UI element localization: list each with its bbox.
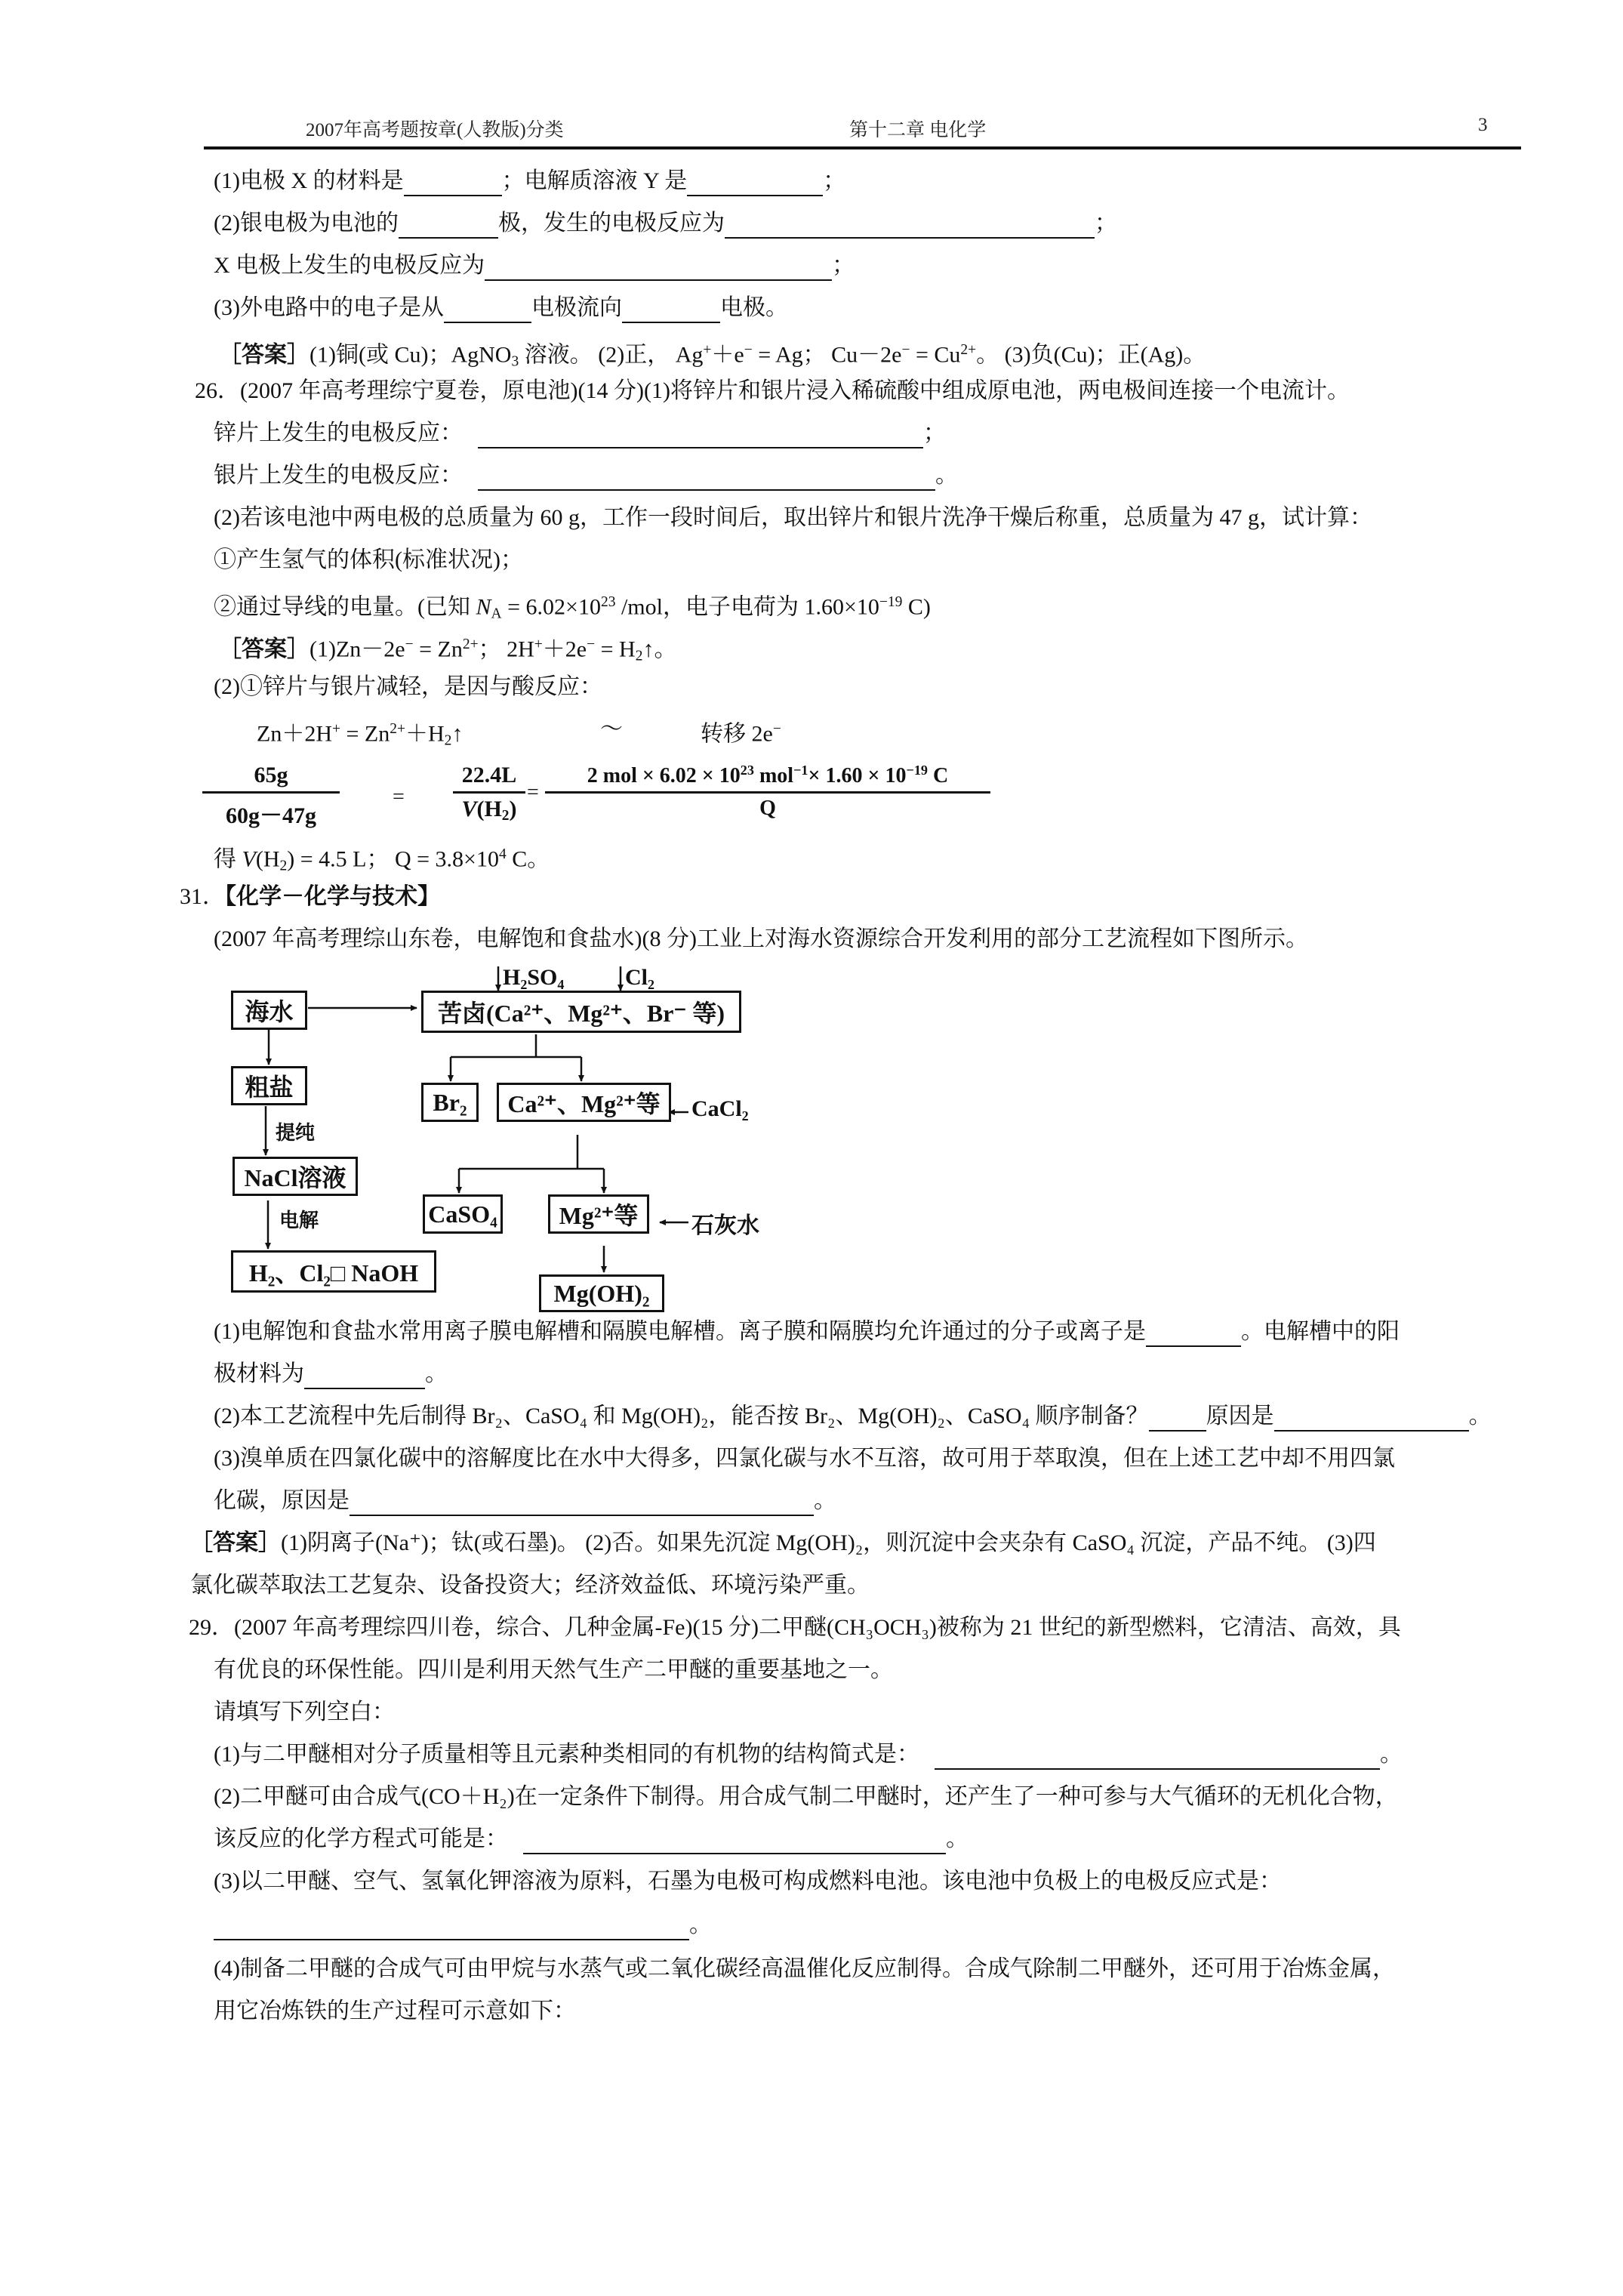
subscript: 2 (445, 733, 452, 749)
fraction-bar (545, 791, 990, 794)
node-ca-mg: Ca²⁺、Mg²⁺等 (497, 1083, 671, 1122)
header-left: 2007年高考题按章(人教版)分类 (306, 115, 564, 142)
subscript: 2 (636, 649, 643, 664)
q26-silver-line: 银片上发生的电极反应：。 (214, 461, 958, 491)
q31-part3-cont: 化碳，原因是。 (214, 1486, 836, 1516)
fraction-bar (453, 791, 525, 794)
numerator: 65g (202, 763, 340, 788)
q29-part1: (1)与二甲醚相对分子质量相等且元素种类相同的有机物的结构简式是：。 (214, 1740, 1403, 1770)
text: 。 (946, 1826, 969, 1851)
superscript: −19 (906, 763, 928, 778)
text: 。 (1380, 1742, 1403, 1767)
q31-part2: (2)本工艺流程中先后制得 Br₂、CaSO₄ 和 Mg(OH)₂，能否按 Br… (214, 1401, 1492, 1432)
node-bittern: 苦卤(Ca²⁺、Mg²⁺、Br⁻ 等) (421, 991, 741, 1033)
text: 溶液。 (2)正， Ag (519, 343, 703, 368)
denominator: 60g－47g (202, 797, 340, 830)
reagent-h2so4: H₂SO₄ (503, 965, 564, 991)
text: ↑ (451, 722, 463, 747)
superscript: −1 (793, 763, 808, 778)
numerator: 2 mol × 6.02 × 1023 mol−1× 1.60 × 10−19 … (545, 763, 990, 788)
text: ；电解质溶液 Y 是 (502, 168, 688, 193)
q31-part3: (3)溴单质在四氯化碳中的溶解度比在水中大得多，四氯化碳与水不互溶，故可用于萃取… (214, 1444, 1395, 1474)
text: ； 2H (479, 637, 534, 662)
text: 银片上发生的电极反应： (214, 463, 463, 488)
text: 原因是 (1206, 1404, 1274, 1428)
text: ； (823, 168, 845, 193)
q25-line4: (3)外电路中的电子是从电极流向电极。 (214, 293, 788, 323)
q26-tilde: ～ (600, 714, 623, 744)
q26-answer1: ［答案］(1)Zn－2e− = Zn2+； 2H+＋2e− = H2↑。 (219, 630, 676, 672)
text: 得 (214, 847, 242, 872)
text: × 1.60 × 10 (808, 764, 907, 787)
answer-blank[interactable] (444, 299, 531, 323)
fraction-mass: 65g 60g－47g (202, 763, 340, 830)
text: ) (510, 797, 517, 821)
header-rule (204, 146, 1521, 149)
q26-title: 26．(2007 年高考理综宁夏卷，原电池)(14 分)(1)将锌片和银片浸入稀… (195, 376, 1350, 406)
answer-blank[interactable] (523, 1830, 946, 1854)
text: = Zn (340, 722, 390, 747)
q29-part2-cont: 该反应的化学方程式可能是：。 (214, 1824, 969, 1854)
superscript: + (332, 721, 340, 737)
answer-blank[interactable] (1149, 1407, 1206, 1432)
text: 极材料为 (214, 1361, 304, 1386)
answer-label: ［答案］ (219, 342, 310, 368)
reagent-cacl2: CaCl₂ (691, 1096, 749, 1122)
answer-label: ［答案］ (219, 636, 310, 663)
q29-part3: (3)以二甲醚、空气、氢氧化钾溶液为原料，石墨为电极可构成燃料电池。该电池中负极… (214, 1866, 1282, 1897)
step-purify: 提纯 (276, 1117, 315, 1145)
answer-blank[interactable] (350, 1492, 814, 1516)
node-mg: Mg²⁺等 (548, 1194, 649, 1234)
superscript: + (534, 636, 543, 652)
subscript: 3 (511, 354, 519, 370)
text: ↑。 (642, 637, 676, 662)
superscript: 2+ (463, 636, 479, 652)
text: 。 (1469, 1404, 1492, 1428)
text: 。 (689, 1912, 712, 1937)
answer-blank[interactable] (1274, 1407, 1469, 1432)
fraction-bar (202, 791, 340, 794)
text: ＋e (711, 343, 744, 368)
superscript: − (405, 636, 414, 652)
answer-blank[interactable] (1146, 1323, 1241, 1347)
q25-line3: X 电极上发生的电极反应为； (214, 251, 855, 281)
text: (H (256, 847, 280, 872)
q29-title: 29．(2007 年高考理综四川卷，综合、几种金属-Fe)(15 分)二甲醚(C… (189, 1613, 1401, 1643)
denominator: Q (545, 797, 990, 821)
numerator: 22.4L (453, 763, 525, 788)
text: V (242, 847, 256, 872)
text: C) (902, 595, 931, 620)
text: (1)电解饱和食盐水常用离子膜电解槽和隔膜电解槽。离子膜和隔膜均允许通过的分子或… (214, 1319, 1146, 1344)
superscript: + (703, 342, 711, 358)
q26-transfer: 转移 2e− (701, 714, 781, 750)
superscript: − (587, 636, 595, 652)
answer-blank[interactable] (935, 1746, 1380, 1770)
text: N (476, 595, 491, 620)
q26-result: 得 V(H2) = 4.5 L； Q = 3.8×104 C。 (214, 840, 550, 882)
q31-heading: 31．【化学－化学与技术】 (180, 882, 440, 912)
subscript: A (491, 606, 502, 622)
q25-line1: (1)电极 X 的材料是；电解质溶液 Y 是； (214, 166, 845, 196)
q31-answer: ［答案］(1)阴离子(Na⁺)；钛(或石墨)。 (2)否。如果先沉淀 Mg(OH… (190, 1528, 1376, 1558)
text: (2)本工艺流程中先后制得 Br₂、CaSO₄ 和 Mg(OH)₂，能否按 Br… (214, 1404, 1149, 1428)
text: ； (923, 421, 946, 445)
q29-part3-cont: 。 (214, 1910, 712, 1940)
text: C。 (507, 847, 550, 872)
superscript: 23 (601, 594, 616, 610)
text: mol (754, 764, 793, 787)
q29-title-cont: 有优良的环保性能。四川是利用天然气生产二甲醚的重要基地之一。 (214, 1655, 893, 1685)
q26-answer2-line: (2)①锌片与银片减轻，是因与酸反应： (214, 672, 602, 702)
step-electrolysis: 电解 (279, 1205, 319, 1233)
text: V (461, 797, 476, 821)
text: 电极流向 (531, 295, 622, 320)
subscript: 2 (279, 858, 287, 874)
text: ； (1095, 211, 1117, 236)
q26-sub2: ②通过导线的电量。(已知 NA = 6.02×1023 /mol，电子电荷为 1… (214, 587, 931, 630)
text: = Cu (910, 343, 960, 368)
text: (1)Zn－2e (310, 637, 405, 662)
text: 。 (935, 463, 958, 488)
text: 锌片上发生的电极反应： (214, 421, 463, 445)
text: = H (595, 637, 636, 662)
text: 。电解槽中的阳 (1241, 1319, 1400, 1344)
q31-part1-cont: 极材料为。 (214, 1359, 448, 1389)
text: Zn＋2H (257, 722, 332, 747)
node-crude-salt: 粗盐 (231, 1066, 307, 1105)
denominator: V(H2) (453, 797, 525, 824)
text: X 电极上发生的电极反应为 (214, 253, 485, 278)
answer-blank[interactable] (622, 299, 720, 323)
text: ＋2e (543, 637, 587, 662)
answer-blank[interactable] (304, 1365, 425, 1389)
fraction-charge: 2 mol × 6.02 × 1023 mol−1× 1.60 × 10−19 … (545, 763, 990, 821)
answer-blank[interactable] (214, 1916, 689, 1940)
superscript: 23 (741, 763, 754, 778)
subscript: 2 (502, 808, 510, 824)
text: 转移 2e (701, 722, 773, 747)
answer-blank[interactable] (404, 172, 502, 196)
q29-part4: (4)制备二甲醚的合成气可由甲烷与水蒸气或二氧化碳经高温催化反应制得。合成气除制… (214, 1954, 1395, 1984)
question-number: 31． (180, 884, 225, 909)
text: (3)外电路中的电子是从 (214, 295, 444, 320)
node-seawater: 海水 (231, 991, 307, 1030)
equals-sign: = (393, 785, 405, 809)
superscript: 2+ (390, 721, 405, 737)
q26-reaction-equation: Zn＋2H+ = Zn2+＋H2↑ (257, 714, 463, 757)
reagent-limewater: 石灰水 (691, 1207, 759, 1240)
node-mgoh2: Mg(OH)₂ (539, 1274, 664, 1312)
text: 。 (425, 1361, 448, 1386)
text: 。 (3)负(Cu)；正(Ag)。 (976, 343, 1206, 368)
q29-part2: (2)二甲醚可由合成气(CO＋H₂)在一定条件下制得。用合成气制二甲醚时，还产生… (214, 1782, 1398, 1812)
q29-part4-cont: 用它冶炼铁的生产过程可示意如下： (214, 1996, 576, 2026)
text: 2 mol × 6.02 × 10 (587, 764, 741, 787)
superscript: − (773, 721, 781, 737)
text: (1)铜(或 Cu)；AgNO (310, 343, 511, 368)
text: (1)与二甲醚相对分子质量相等且元素种类相同的有机物的结构简式是： (214, 1742, 919, 1767)
superscript: 4 (499, 846, 507, 862)
text: 。 (814, 1488, 836, 1513)
answer-label: ［答案］ (190, 1530, 281, 1556)
q25-line2: (2)银电极为电池的极，发生的电极反应为； (214, 208, 1117, 239)
seawater-process-flowchart: H₂SO₄ Cl₂ 海水 苦卤(Ca²⁺、Mg²⁺、Br⁻ 等) 粗盐 提纯 N… (219, 966, 793, 1299)
node-nacl-solution: NaCl溶液 (233, 1157, 358, 1196)
superscript: 2+ (960, 342, 976, 358)
answer-blank[interactable] (478, 424, 923, 448)
text: ②通过导线的电量。(已知 (214, 595, 476, 620)
header-chapter: 第十二章 电化学 (849, 115, 986, 142)
q26-part2: (2)若该电池中两电极的总质量为 60 g，工作一段时间后，取出锌片和银片洗净干… (214, 503, 1372, 533)
q26-zinc-line: 锌片上发生的电极反应：； (214, 418, 946, 448)
text: ； (832, 253, 855, 278)
text: ) = 4.5 L； Q = 3.8×10 (287, 847, 499, 872)
answer-blank[interactable] (485, 257, 832, 281)
text: 化碳，原因是 (214, 1488, 350, 1513)
q31-answer-cont: 氯化碳萃取法工艺复杂、设备投资大；经济效益低、环境污染严重。 (190, 1570, 870, 1601)
superscript: − (744, 342, 753, 358)
section-title: 【化学－化学与技术】 (225, 883, 440, 910)
answer-blank[interactable] (478, 467, 935, 491)
text: /mol，电子电荷为 1.60×10 (615, 595, 879, 620)
node-products: H₂、Cl₂□ NaOH (231, 1250, 436, 1293)
q31-part1: (1)电解饱和食盐水常用离子膜电解槽和隔膜电解槽。离子膜和隔膜均允许通过的分子或… (214, 1317, 1400, 1347)
superscript: − (901, 342, 910, 358)
superscript: −19 (879, 594, 903, 610)
fraction-volume: 22.4L V(H2) (453, 763, 525, 824)
answer-blank[interactable] (725, 214, 1095, 239)
text: = 6.02×10 (502, 595, 601, 620)
answer-blank[interactable] (399, 214, 498, 239)
text: C (928, 764, 948, 787)
text: = Zn (414, 637, 463, 662)
q25-answer: ［答案］(1)铜(或 Cu)；AgNO3 溶液。 (2)正， Ag+＋e− = … (219, 335, 1206, 378)
node-br2: Br₂ (421, 1083, 479, 1122)
page-number: 3 (1478, 115, 1488, 136)
text: (H (476, 797, 501, 821)
node-caso4: CaSO₄ (423, 1194, 503, 1234)
text: (1)电极 X 的材料是 (214, 168, 404, 193)
text: 电极。 (720, 295, 788, 320)
reagent-cl2: Cl₂ (625, 965, 654, 991)
text: 极，发生的电极反应为 (498, 211, 725, 236)
text: ＋H (405, 722, 445, 747)
document-page: 2007年高考题按章(人教版)分类 第十二章 电化学 3 (1)电极 X 的材料… (0, 0, 1623, 2296)
text: 该反应的化学方程式可能是： (214, 1826, 508, 1851)
q26-sub1: ①产生氢气的体积(标准状况)； (214, 545, 523, 575)
q29-instruction: 请填写下列空白： (214, 1697, 395, 1727)
text: (1)阴离子(Na⁺)；钛(或石墨)。 (2)否。如果先沉淀 Mg(OH)₂，则… (281, 1530, 1376, 1555)
text: (2)银电极为电池的 (214, 211, 399, 236)
q31-intro: (2007 年高考理综山东卷，电解饱和食盐水)(8 分)工业上对海水资源综合开发… (214, 924, 1308, 954)
answer-blank[interactable] (687, 172, 823, 196)
equals-sign: = (527, 781, 539, 805)
text: = Ag； Cu－2e (753, 343, 902, 368)
